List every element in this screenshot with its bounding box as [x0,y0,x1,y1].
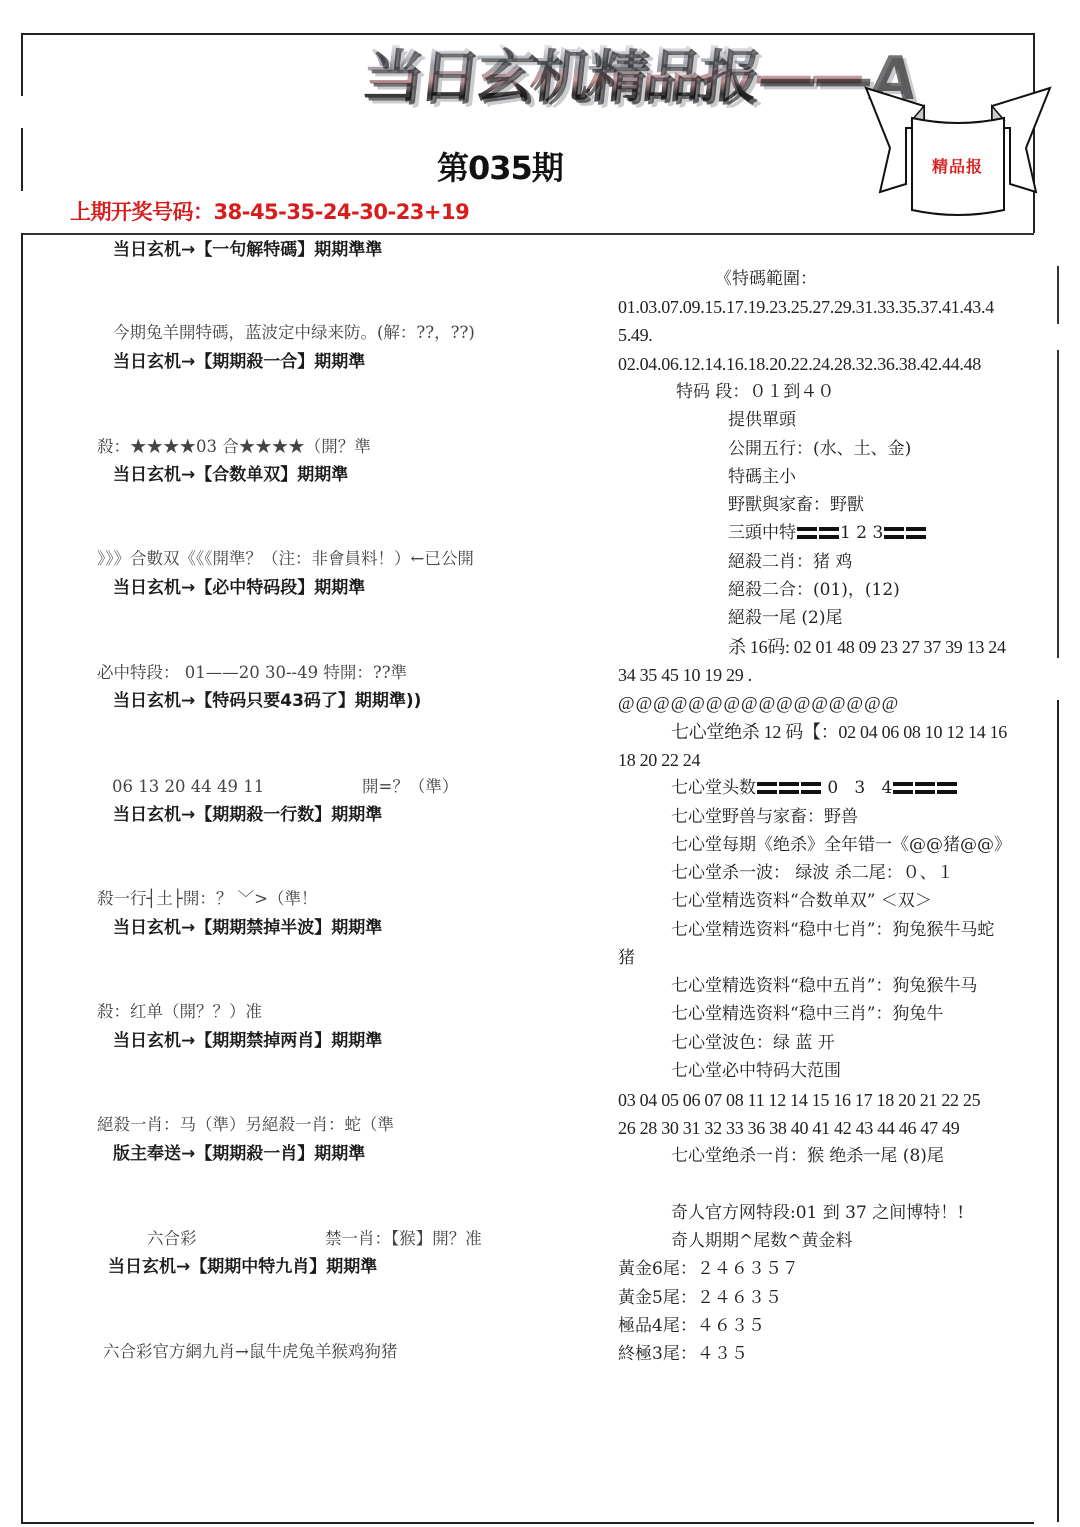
body-border-left [21,233,23,1523]
bars-icon [801,782,821,794]
range-line: 01.03.07.09.15.17.19.23.25.27.29.31.33.3… [618,296,994,318]
section-note: 殺一行┤土├開：？ ﹀>（準！ [97,888,317,910]
bars-icon [906,527,926,539]
footer-nine-zodiacs: 六合彩官方網九肖→鼠牛虎兔羊猴鸡狗猪 [103,1341,397,1363]
qixin-heads-label: 七心堂头数 [671,778,756,798]
section-heading: 当日玄机→【一句解特碼】期期準準 [113,239,382,261]
tail-row: 黃金6尾：２４６３５７ [618,1258,799,1280]
section-heading: 当日玄机→【期期殺一合】期期準 [113,351,365,373]
bars-icon [819,527,839,539]
body-border-right [1057,700,1059,1522]
kill-item: 絕殺二肖：猪 鸡 [728,551,852,573]
info-item: 特碼主小 [728,466,796,488]
section-note: 殺：★★★★03 合★★★★（開？準 [97,436,371,458]
qixin-item: 七心堂精选资料“稳中七肖”：狗兔猴牛马蛇 [671,919,994,941]
section-heading: 版主奉送→【期期殺一肖】期期準 [113,1143,365,1165]
range-title: 《特碼範圍： [715,268,817,290]
section-heading: 当日玄机→【合数单双】期期準 [113,464,348,486]
qiren-title: 奇人期期^尾数^黄金料 [671,1230,853,1252]
big-range-line: 03 04 05 06 07 08 11 12 14 15 16 17 18 2… [618,1089,980,1111]
qixin-item-cont: 猪 [618,947,635,969]
special-segment: 特码 段：０１到４０ [676,381,834,403]
qixin-item: 七心堂精选资料“稳中三肖”：狗兔牛 [671,1003,943,1025]
qixin-item: 七心堂必中特码大范围 [671,1060,841,1082]
emblem-label: 精品报 [932,154,983,177]
tail-value: ４３５ [697,1344,748,1364]
big-range-line: 26 28 30 31 32 33 36 38 40 41 42 43 44 4… [618,1117,959,1139]
at-separator: @@@@@@@@@@@@@@@@ [618,692,899,714]
qixin-final-kill: 七心堂绝杀一肖：猴 绝杀一尾 (8)尾 [671,1145,944,1167]
section-heading: 当日玄机→【期期禁掉两肖】期期準 [113,1030,382,1052]
tail-label: 極品4尾： [618,1316,697,1336]
qixin-kill-12: 七心堂绝杀 12 码【：02 04 06 08 10 12 14 16 [671,721,1007,743]
tail-row: 黃金5尾：２４６３５ [618,1287,782,1309]
range-line: 02.04.06.12.14.16.18.20.22.24.28.32.36.3… [618,353,981,375]
qixin-item: 七心堂精选资料“合数单双” ＜双＞ [671,890,932,912]
right-margin-bar [1057,266,1059,324]
section-note-right: 禁一肖：【猴】開？准 [325,1228,482,1250]
three-heads-value: 1 2 3 [840,523,883,543]
qixin-heads: 七心堂头数 0 3 4 [671,777,958,799]
section-heading: 当日玄机→【期期殺一行数】期期準 [113,804,382,826]
section-note: 06 13 20 44 49 11 [112,776,264,798]
qixin-item: 七心堂波色：绿 蓝 开 [671,1032,835,1054]
qixin-item: 七心堂每期《绝杀》全年错一《@@猪@@》 [671,834,1011,856]
banner-title: 当日玄机精品报——A [358,40,866,112]
range-line: 5.49. [618,324,653,346]
qixin-item: 七心堂精选资料“稳中五肖”：狗兔猴牛马 [671,975,977,997]
tail-value: ２４６３５ [697,1288,782,1308]
section-note: 六合彩 [147,1228,197,1250]
section-heading: 当日玄机→【特码只要43码了】期期準)) [113,690,421,712]
bars-icon [893,782,913,794]
section-note: 》》》合數双《《《開準？（注：非會員料！）←已公開 [97,548,474,570]
tail-row: 極品4尾：４６３５ [618,1315,765,1337]
section-note: 必中特段： 01——20 30--49 特開：??準 [97,662,407,684]
bars-icon [797,527,817,539]
qixin-item: 七心堂野兽与家畜：野兽 [671,806,858,828]
kill-item: 絕殺二合：(01)，(12) [728,579,900,601]
section-note-right: 開=？（準） [362,776,458,798]
tail-label: 終極3尾： [618,1344,697,1364]
bars-icon [884,527,904,539]
info-item: 提供單頭 [728,409,796,431]
tail-value: ２４６３５７ [697,1259,799,1279]
bars-icon [915,782,935,794]
header-border-left [21,33,23,96]
bars-icon [779,782,799,794]
kill-16-codes: 杀 16码: 02 01 48 09 23 27 37 39 13 24 [728,636,1006,658]
bars-icon [937,782,957,794]
section-heading: 当日玄机→【期期禁掉半波】期期準 [113,917,382,939]
kill-16-codes-cont: 34 35 45 10 19 29 . [618,664,752,686]
right-margin-bar [1057,350,1059,658]
section-heading: 当日玄机→【期期中特九肖】期期準 [108,1256,377,1278]
kill-item: 絕殺一尾 (2)尾 [728,607,842,629]
section-note: 今期兔羊開特碼，蓝波定中绿来防。(解：??，??) [113,322,475,344]
section-note: 絕殺一肖：马（準）另絕殺一肖：蛇（準 [97,1114,394,1136]
bars-icon [757,782,777,794]
qixin-heads-value: 0 3 4 [827,778,892,798]
tail-label: 黃金5尾： [618,1288,697,1308]
tail-row: 終極3尾：４３５ [618,1343,748,1365]
body-border-top [21,233,1034,235]
qixin-kill-12-cont: 18 20 22 24 [618,749,700,771]
header-border-top [21,33,1034,35]
header-border-left-lower [21,128,23,191]
body-border-bottom [21,1522,1034,1524]
info-item: 公開五行：(水、土、金) [728,438,911,460]
issue-number: 第035期 [437,143,563,189]
section-heading: 当日玄机→【必中特码段】期期準 [113,577,365,599]
three-heads: 三頭中特1 2 3 [728,522,927,544]
three-heads-label: 三頭中特 [728,523,796,543]
section-note: 殺：红单（開？？）准 [97,1001,262,1023]
qiren-segment: 奇人官方网特段:01 到 37 之间博特！! [671,1202,964,1224]
tail-label: 黃金6尾： [618,1259,697,1279]
info-item: 野獸與家畜：野獸 [728,494,864,516]
qixin-item: 七心堂杀一波： 绿波 杀二尾：０、１ [671,862,954,884]
tail-value: ４６３５ [697,1316,765,1336]
previous-draw-numbers: 上期开奖号码：38-45-35-24-30-23+19 [70,196,469,226]
